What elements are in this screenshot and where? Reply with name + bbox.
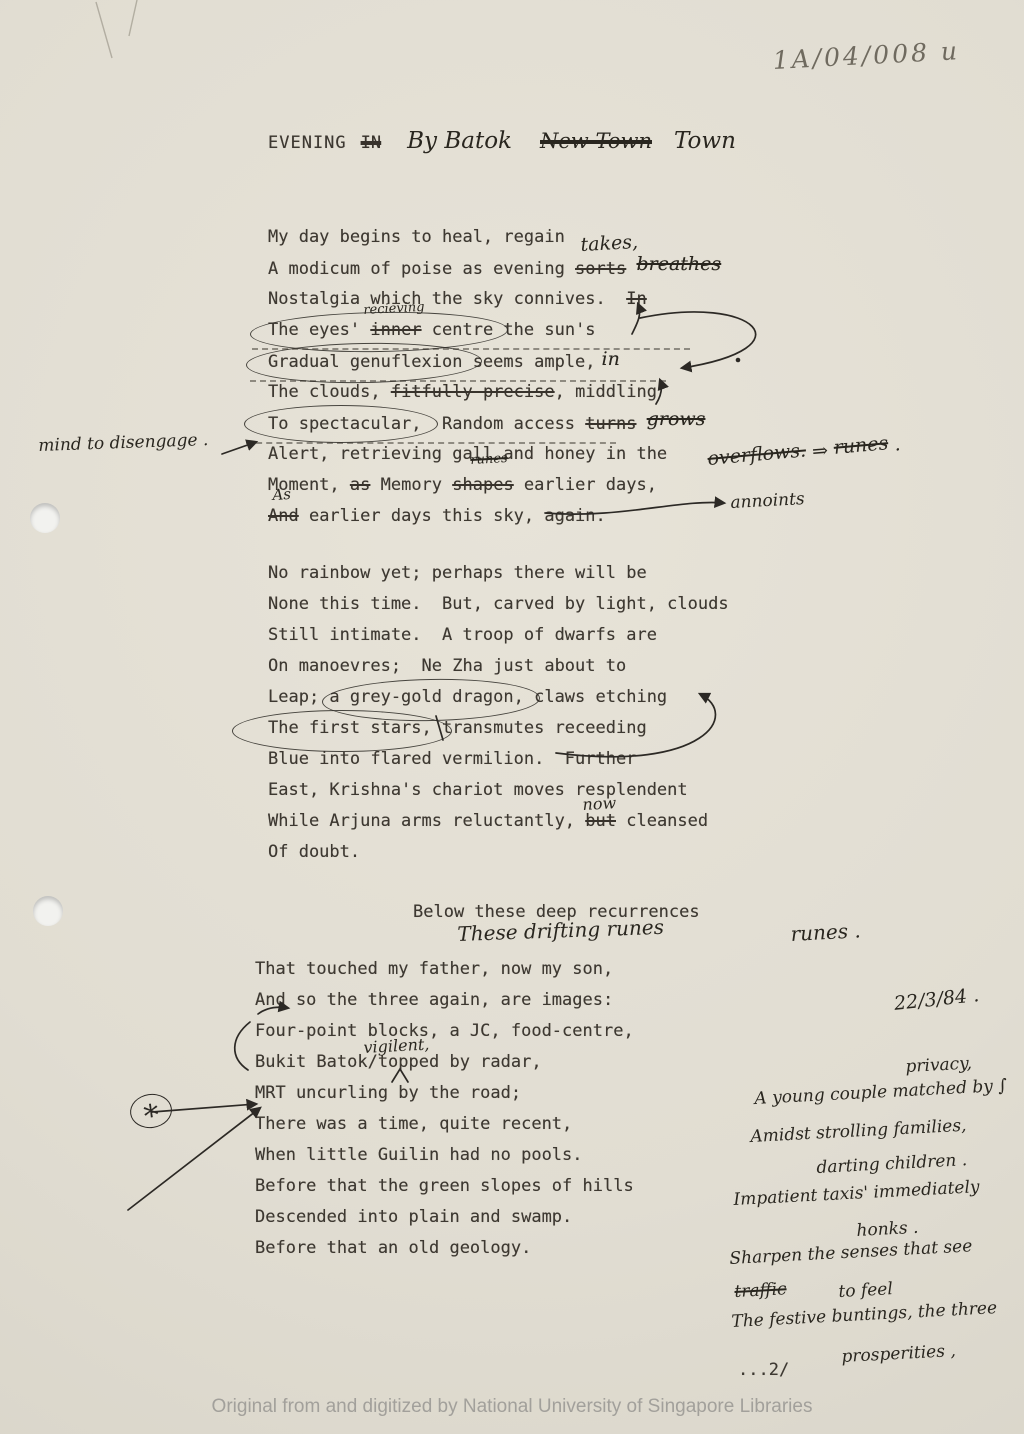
- poem-line: Before that an old geology.: [255, 1233, 634, 1264]
- text-segment: On manoevres; Ne Zha just about to: [268, 656, 626, 676]
- text-segment: breathes: [636, 253, 721, 275]
- hand-note-as: As: [272, 485, 291, 504]
- text-segment: That touched my father, now my son,: [255, 959, 613, 979]
- dashed-underline: [252, 348, 690, 350]
- poem-line: A modicum of poise as evening sorts brea…: [268, 253, 721, 284]
- poem-line: Before that the green slopes of hills: [255, 1171, 634, 1202]
- scanned-page: 1A/04/008 u EVENING IN By Batok New Town…: [0, 0, 1024, 1434]
- circle-mark-spectacular: [244, 405, 438, 443]
- library-watermark: Original from and digitized by National …: [0, 1396, 1024, 1418]
- title-hand-by: By Batok: [407, 128, 512, 154]
- text-segment: in: [596, 348, 620, 370]
- poem-line: My day begins to heal, regain: [268, 222, 721, 253]
- poem-line: On manoevres; Ne Zha just about to: [268, 651, 729, 682]
- hole-punch: [30, 503, 60, 533]
- hand-scribble-above-shapes: runes: [470, 451, 508, 468]
- text-segment: earlier days,: [514, 475, 657, 495]
- text-segment: While Arjuna arms reluctantly,: [268, 811, 585, 831]
- poem-line: When little Guilin had no pools.: [255, 1140, 634, 1171]
- text-segment: .: [887, 433, 901, 456]
- text-segment: In: [626, 289, 646, 309]
- dashed-underline: [250, 380, 666, 382]
- text-segment: And: [268, 506, 299, 526]
- text-segment: Four-point blocks, a JC, food-centre,: [255, 1021, 634, 1041]
- text-segment: as: [350, 475, 370, 495]
- poem-line: Still intimate. A troop of dwarfs are: [268, 620, 729, 651]
- text-segment: Before that an old geology.: [255, 1238, 531, 1258]
- hand-note-taxis: Impatient taxis' immediately: [733, 1177, 980, 1210]
- catalog-number: 1A/04/008 u: [772, 36, 961, 75]
- text-segment: but: [585, 811, 616, 831]
- hand-note-amidst: Amidst strolling families,: [750, 1116, 967, 1147]
- poem-line: Moment, as Memory shapes earlier days,: [268, 470, 721, 501]
- text-segment: A modicum of poise as evening: [268, 259, 575, 279]
- hand-note-takes: takes,: [580, 231, 639, 256]
- text-segment: turns: [585, 414, 636, 434]
- text-segment: My day begins to heal, regain: [268, 227, 565, 247]
- hand-note-couple: A young couple matched by ∫: [754, 1076, 1008, 1109]
- text-segment: East, Krishna's chariot moves resplenden…: [268, 780, 688, 800]
- poem-line: MRT uncurling by the road;: [255, 1078, 634, 1109]
- poem-line: And earlier days this sky, again.: [268, 501, 721, 532]
- poem-line: Descended into plain and swamp.: [255, 1202, 634, 1233]
- text-segment: [636, 414, 646, 434]
- text-segment: Memory: [370, 475, 452, 495]
- text-segment: overflows.: [707, 439, 807, 470]
- text-segment: Nostalgia which the sky connives.: [268, 289, 626, 309]
- text-segment: No rainbow yet; perhaps there will be: [268, 563, 647, 583]
- text-segment: sorts: [575, 259, 626, 279]
- poem-line: That touched my father, now my son,: [255, 954, 634, 985]
- text-segment: shapes: [452, 475, 513, 495]
- text-segment: And so the three again, are images:: [255, 990, 613, 1010]
- text-segment: runes: [833, 432, 889, 459]
- paper-crease-marks: [96, 0, 137, 58]
- text-segment: When little Guilin had no pools.: [255, 1145, 583, 1165]
- poem-line: And so the three again, are images:: [255, 985, 634, 1016]
- text-segment: [626, 259, 636, 279]
- circle-mark-first-stars: [232, 710, 452, 752]
- text-segment: Before that the green slopes of hills: [255, 1176, 634, 1196]
- hand-note-honks: honks .: [856, 1218, 919, 1241]
- poem-line: Four-point blocks, a JC, food-centre,: [255, 1016, 634, 1047]
- hand-note-festive: The festive buntings, the three: [731, 1298, 998, 1332]
- hand-note-overflows: overflows. ⇒ runes .: [707, 435, 902, 474]
- hand-note-now: now: [582, 793, 617, 814]
- poem-line: Bukit Batok/topped by radar,: [255, 1047, 634, 1078]
- hand-note-prosperities: prosperities ,: [841, 1341, 956, 1367]
- title-hand-struck: New Town: [540, 129, 652, 153]
- title-typed-struck: IN: [361, 133, 381, 153]
- text-segment: cleansed: [616, 811, 708, 831]
- text-segment: Of doubt.: [268, 842, 360, 862]
- text-segment: Still intimate. A troop of dwarfs are: [268, 625, 657, 645]
- poem-line: East, Krishna's chariot moves resplenden…: [268, 775, 729, 806]
- title-typed: EVENING: [268, 133, 347, 153]
- hand-note-runes-margin: runes .: [790, 918, 861, 946]
- text-segment: MRT uncurling by the road;: [255, 1083, 521, 1103]
- poem-line: Of doubt.: [268, 837, 729, 868]
- page-number: ...2/: [738, 1360, 789, 1380]
- text-segment: Blue into flared vermilion. Further: [268, 749, 636, 769]
- hand-note-privacy: privacy,: [905, 1054, 972, 1077]
- hand-note-to-feel: to feel: [838, 1279, 893, 1302]
- hole-punch: [33, 896, 63, 926]
- text-segment: There was a time, quite recent,: [255, 1114, 572, 1134]
- text-segment: Descended into plain and swamp.: [255, 1207, 572, 1227]
- text-segment: Alert, retrieving gall and honey in the: [268, 444, 667, 464]
- poem-title: EVENING IN By Batok New Town Town: [268, 128, 736, 154]
- hand-note-traffic-struck: traffic: [734, 1279, 787, 1302]
- poem-line: Nostalgia which the sky connives. In: [268, 284, 721, 315]
- hand-note-sharpen: Sharpen the senses that see: [729, 1236, 973, 1269]
- dashed-underline: [246, 442, 616, 444]
- poem-line: There was a time, quite recent,: [255, 1109, 634, 1140]
- text-segment: grows: [647, 408, 706, 430]
- text-segment: ⇒: [805, 439, 835, 463]
- circled-asterisk-mark: *: [128, 1091, 174, 1131]
- hand-note-darting: darting children .: [816, 1150, 968, 1178]
- asterisk-glyph: *: [144, 1116, 159, 1118]
- poem-line: No rainbow yet; perhaps there will be: [268, 558, 729, 589]
- poem-line: None this time. But, carved by light, cl…: [268, 589, 729, 620]
- hand-note-date: 22/3/84 .: [893, 984, 980, 1015]
- text-segment: The clouds,: [268, 382, 391, 402]
- hand-note-vigilent: vigilent,: [363, 1035, 430, 1057]
- text-segment: fitfully precise: [391, 382, 555, 402]
- text-segment: None this time. But, carved by light, cl…: [268, 594, 729, 614]
- hand-note-annoints: annoints: [730, 489, 805, 513]
- poem-line: While Arjuna arms reluctantly, but clean…: [268, 806, 729, 837]
- title-hand-final: Town: [674, 128, 736, 154]
- stanza-3: That touched my father, now my son,And s…: [255, 954, 634, 1264]
- hand-note-disengage: mind to disengage .: [38, 430, 209, 456]
- text-segment: earlier days this sky, again.: [299, 506, 606, 526]
- text-segment: , middling: [555, 382, 657, 402]
